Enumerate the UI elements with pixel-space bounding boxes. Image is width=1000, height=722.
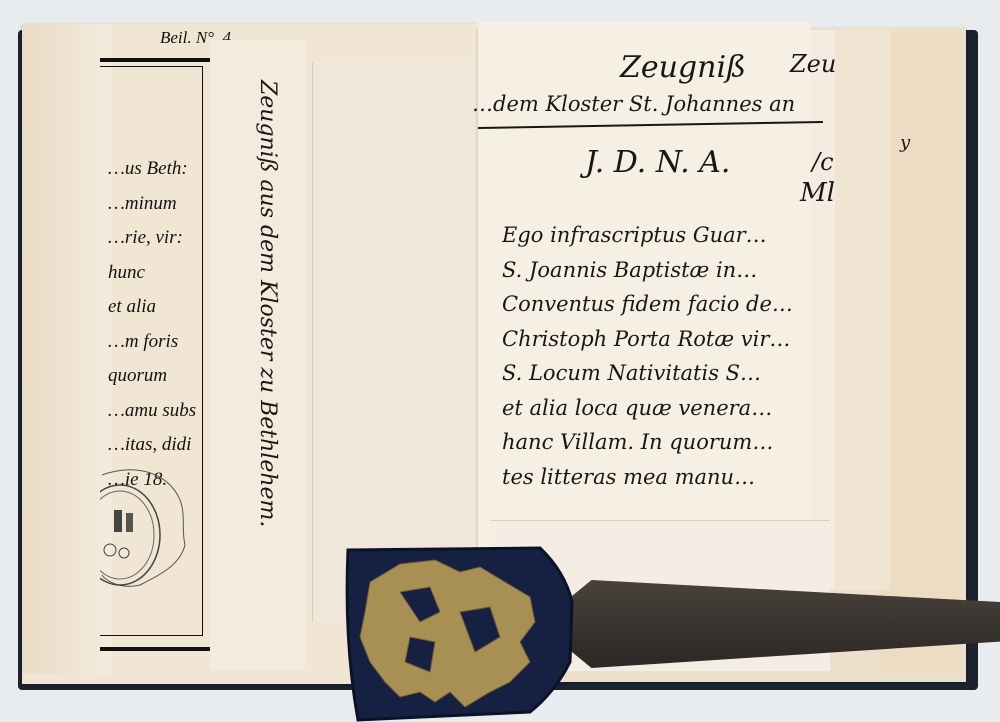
printed-line: quorum bbox=[108, 359, 196, 394]
manuscript-line: S. Locum Nativitatis S… bbox=[502, 356, 807, 391]
right-title-1: Zeugniß bbox=[620, 50, 746, 85]
right-sheet-3 bbox=[880, 32, 960, 672]
vertical-title: Zeugniß aus dem Kloster zu Bethlehem. bbox=[255, 80, 280, 527]
seal-icon bbox=[100, 465, 195, 595]
printed-line: …amu subs bbox=[108, 394, 196, 429]
manuscript-line: Conventus fidem facio de… bbox=[502, 287, 807, 322]
printed-line: …us Beth: bbox=[108, 152, 196, 187]
printed-line: …itas, didi bbox=[108, 428, 196, 463]
margin-fragment: Ml bbox=[800, 178, 835, 208]
manuscript-line: hanc Villam. In quorum… bbox=[502, 425, 807, 460]
manuscript-body: Ego infrascriptus Guar… S. Joannis Bapti… bbox=[502, 218, 807, 494]
right-sheet-fragment bbox=[808, 30, 835, 590]
left-flap bbox=[22, 24, 112, 674]
letter-opener-handle bbox=[340, 542, 578, 722]
overlap-fragment: Zeu bbox=[790, 50, 836, 78]
margin-fragment: y bbox=[900, 132, 910, 153]
right-heading: J. D. N. A. bbox=[585, 145, 730, 180]
manuscript-line: S. Joannis Baptistæ in… bbox=[502, 253, 807, 288]
manuscript-line: Ego infrascriptus Guar… bbox=[502, 218, 807, 253]
manuscript-line: Christoph Porta Rotæ vir… bbox=[502, 322, 807, 357]
printed-line: …m foris bbox=[108, 325, 196, 360]
printed-text: …us Beth: …minum …rie, vir: hunc et alia… bbox=[108, 152, 196, 497]
margin-fragment: /c bbox=[812, 148, 834, 176]
printed-line: hunc bbox=[108, 256, 196, 291]
right-title-2: …dem Kloster St. Johannes an bbox=[472, 92, 795, 116]
printed-line: et alia bbox=[108, 290, 196, 325]
printed-line: …minum bbox=[108, 187, 196, 222]
manuscript-line: et alia loca quæ venera… bbox=[502, 391, 807, 426]
faint-sheet bbox=[312, 62, 473, 622]
printed-line: …rie, vir: bbox=[108, 221, 196, 256]
manuscript-line: tes litteras mea manu… bbox=[502, 460, 807, 495]
